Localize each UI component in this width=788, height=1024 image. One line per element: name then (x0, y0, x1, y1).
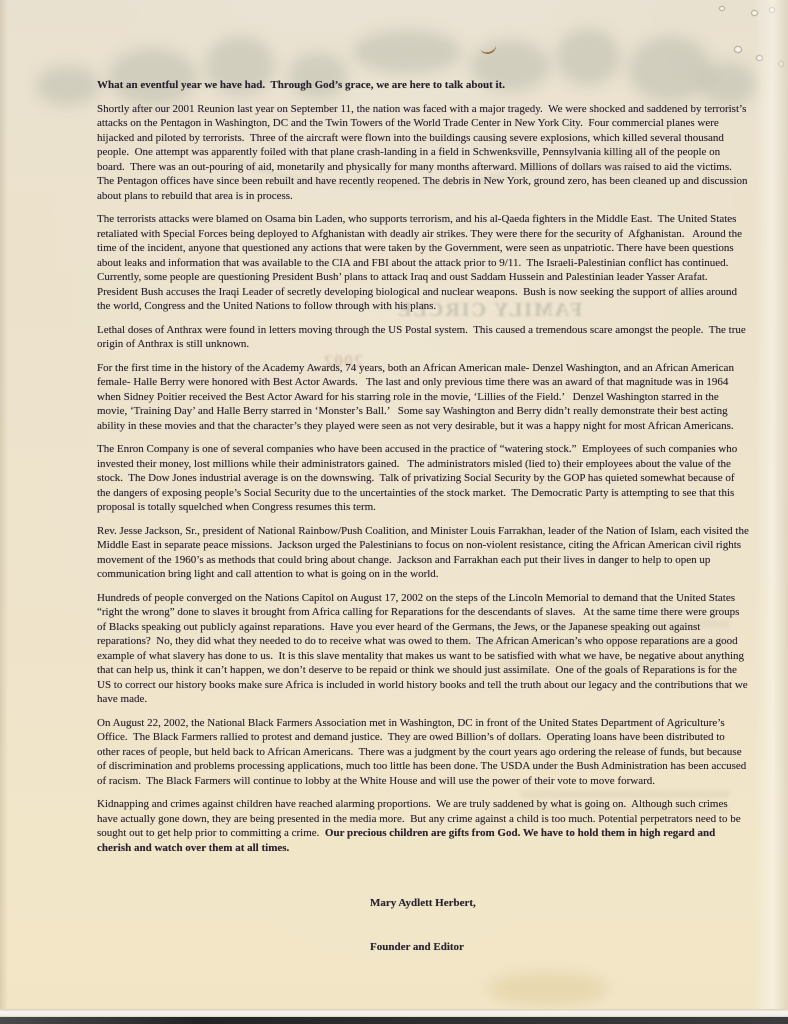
paragraph-jackson-farrakhan: Rev. Jesse Jackson, Sr., president of Na… (97, 524, 750, 582)
paragraph-september-11: Shortly after our 2001 Reunion last year… (97, 102, 750, 204)
paper-mark (479, 38, 498, 55)
page-right-edge-shading (754, 0, 788, 1024)
photo-showthrough-blob (352, 30, 462, 74)
scanned-document-page: FAMILY CIRCLE 2002 What an eventful year… (0, 0, 788, 1024)
paragraph-academy-awards: For the first time in the history of the… (97, 361, 750, 434)
photo-showthrough-blob (36, 66, 100, 106)
paragraph-reparations: Hundreds of people converged on the Nati… (97, 591, 750, 707)
signature-title: Founder and Editor (370, 940, 750, 955)
opening-line: What an eventful year we have had. Throu… (97, 78, 750, 93)
paragraph-terrorism-response: The terrorists attacks were blamed on Os… (97, 212, 750, 314)
letter-body: What an eventful year we have had. Throu… (97, 78, 750, 983)
signature-block: Mary Aydlett Herbert, Founder and Editor (370, 867, 750, 983)
paragraph-black-farmers: On August 22, 2002, the National Black F… (97, 716, 750, 789)
dust-speck (735, 47, 741, 52)
signature-name: Mary Aydlett Herbert, (370, 896, 750, 911)
scanner-background-bar (0, 1017, 788, 1024)
paragraph-enron: The Enron Company is one of several comp… (97, 442, 750, 515)
paper-stain (488, 972, 608, 1006)
paragraph-children: Kidnapping and crimes against children h… (97, 797, 750, 855)
paragraph-anthrax: Lethal doses of Anthrax were found in le… (97, 323, 750, 352)
page-left-edge-shading (0, 0, 8, 1024)
dust-speck (720, 7, 724, 10)
paper-stain (595, 150, 641, 172)
